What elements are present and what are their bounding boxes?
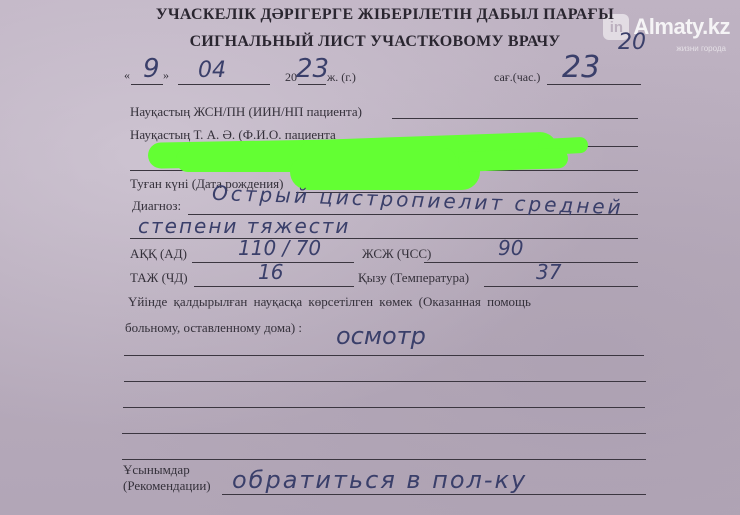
- help-label-line-2: больному, оставленному дома) :: [125, 320, 302, 336]
- year-label: ж. (г.): [327, 70, 356, 85]
- recommendations-value: обратиться в пол-ку: [232, 466, 527, 494]
- diagnosis-label: Диагноз:: [132, 198, 181, 214]
- iin-label: Науқастың ЖСН/ПН (ИИН/НП пациента): [130, 104, 362, 120]
- date-close-quote: »: [163, 68, 169, 83]
- help-line-2: [124, 381, 646, 382]
- temperature-label: Қызу (Температура): [358, 270, 469, 286]
- form-title-kz: УЧАСКЕЛІК ДӘРІГЕРГЕ ЖІБЕРІЛЕТІН ДАБЫЛ ПА…: [0, 6, 740, 24]
- iin-line: [392, 118, 638, 119]
- year-suffix-value: 23: [296, 54, 329, 84]
- bp-value: 110 / 70: [238, 236, 321, 260]
- hr-label: ЖСЖ (ЧСС): [362, 246, 431, 262]
- rr-line: [194, 286, 354, 287]
- hr-value: 90: [498, 236, 523, 260]
- hr-line: [424, 262, 638, 263]
- month-value: 04: [198, 58, 226, 83]
- date-open-quote: «: [124, 68, 130, 83]
- help-line-1: [124, 355, 644, 356]
- recommendations-label-ru: (Рекомендации): [123, 478, 211, 494]
- day-line: [131, 84, 163, 85]
- minute-value: 20: [618, 30, 646, 55]
- day-value: 9: [143, 54, 160, 84]
- temperature-value: 37: [536, 260, 561, 284]
- redaction-mark: [458, 148, 569, 172]
- help-line-4: [122, 433, 646, 434]
- recommendations-label-kz: Ұсынымдар: [123, 462, 190, 478]
- hour-label: сағ.(час.): [494, 70, 540, 85]
- help-line-5: [122, 459, 646, 460]
- bp-label: АҚҚ (АД): [130, 246, 187, 262]
- hour-value: 23: [562, 50, 600, 85]
- year-line: [298, 84, 326, 85]
- temperature-line: [484, 286, 638, 287]
- diagnosis-value-2: степени тяжести: [138, 214, 350, 238]
- recommendations-line: [222, 494, 646, 495]
- rr-label: ТАЖ (ЧД): [130, 270, 188, 286]
- month-line: [178, 84, 270, 85]
- help-label-line-1: Үйінде қалдырылған науқасқа көрсетілген …: [128, 294, 531, 310]
- help-value: осмотр: [336, 322, 426, 350]
- rr-value: 16: [258, 260, 283, 284]
- help-line-3: [123, 407, 645, 408]
- diagnosis-line-2: [130, 238, 638, 239]
- signal-sheet-document: in Almaty.kz жизни города УЧАСКЕЛІК ДӘРІ…: [0, 0, 740, 515]
